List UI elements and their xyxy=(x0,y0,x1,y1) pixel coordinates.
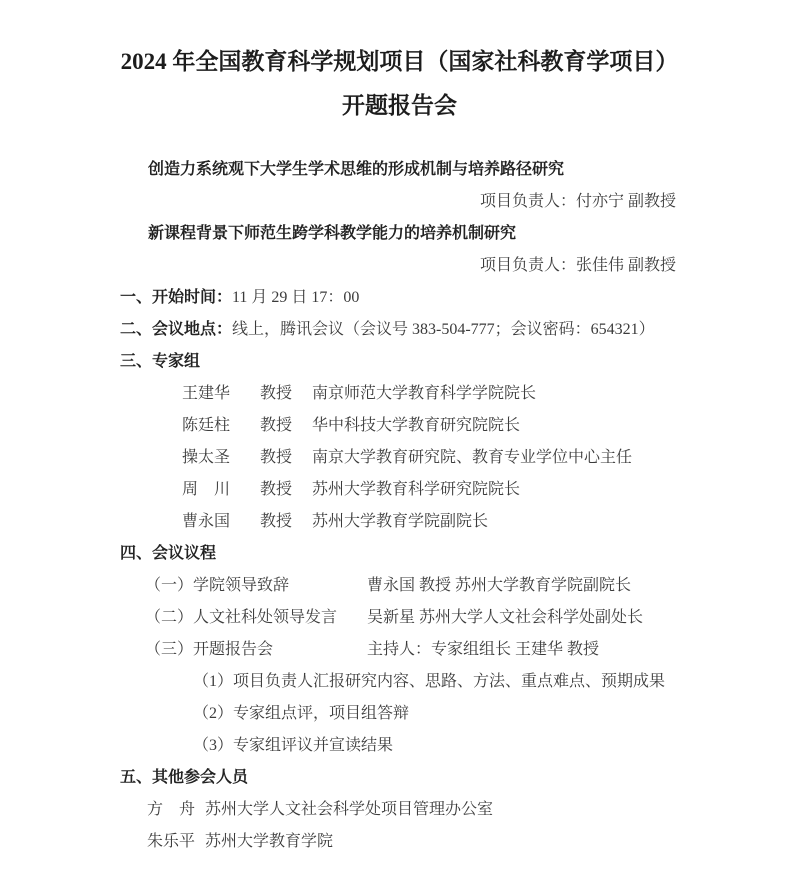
doc-title-line2: 开题报告会 xyxy=(0,84,799,128)
expert-name: 曹永国 xyxy=(182,506,230,538)
participant-affiliation: 苏州大学人文社会科学处项目管理办公室 xyxy=(205,794,493,826)
expert-affiliation: 苏州大学教育科学研究院院长 xyxy=(312,474,520,506)
section-agenda-heading: 四、会议议程 xyxy=(0,538,799,570)
document-page: 2024 年全国教育科学规划项目（国家社科教育学项目） 开题报告会 创造力系统观… xyxy=(0,0,799,871)
start-time-label: 一、开始时间： xyxy=(120,289,232,306)
agenda-item-detail: 主持人：专家组组长 王建华 教授 xyxy=(367,634,599,666)
agenda-sub-item: （2）专家组点评，项目组答辩 xyxy=(0,698,799,730)
expert-name: 操太圣 xyxy=(182,442,230,474)
project-pi-line: 项目负责人：付亦宁 副教授 xyxy=(0,186,799,218)
section-experts-heading: 三、专家组 xyxy=(0,346,799,378)
expert-affiliation: 苏州大学教育学院副院长 xyxy=(312,506,488,538)
section-location: 二、会议地点：线上，腾讯会议（会议号 383-504-777；会议密码：6543… xyxy=(0,314,799,346)
agenda-heading: 四、会议议程 xyxy=(120,545,216,562)
agenda-item-label: （二）人文社科处领导发言 xyxy=(145,602,367,634)
doc-title: 2024 年全国教育科学规划项目（国家社科教育学项目） 开题报告会 xyxy=(0,0,799,128)
agenda-row: （二）人文社科处领导发言 吴新星 苏州大学人文社会科学处副处长 xyxy=(0,602,799,634)
doc-title-line1: 2024 年全国教育科学规划项目（国家社科教育学项目） xyxy=(0,40,799,84)
participant-affiliation: 苏州大学教育学院 xyxy=(205,826,333,858)
expert-name: 陈廷柱 xyxy=(182,410,230,442)
doc-body: 创造力系统观下大学生学术思维的形成机制与培养路径研究 项目负责人：付亦宁 副教授… xyxy=(0,154,799,858)
project-pi-line: 项目负责人：张佳伟 副教授 xyxy=(0,250,799,282)
participant-name: 朱乐平 xyxy=(147,826,205,858)
agenda-item-detail: 吴新星 苏州大学人文社会科学处副处长 xyxy=(367,602,643,634)
participant-row: 朱乐平 苏州大学教育学院 xyxy=(0,826,799,858)
location-value: 线上，腾讯会议（会议号 383-504-777；会议密码：654321） xyxy=(232,321,655,338)
expert-row: 曹永国 教授 苏州大学教育学院副院长 xyxy=(0,506,799,538)
expert-title: 教授 xyxy=(260,474,312,506)
start-time-value: 11 月 29 日 17：00 xyxy=(232,289,359,306)
agenda-item-label: （一）学院领导致辞 xyxy=(145,570,367,602)
expert-affiliation: 华中科技大学教育研究院院长 xyxy=(312,410,520,442)
agenda-item-detail: 曹永国 教授 苏州大学教育学院副院长 xyxy=(367,570,631,602)
expert-title: 教授 xyxy=(260,378,312,410)
section-others-heading: 五、其他参会人员 xyxy=(0,762,799,794)
expert-title: 教授 xyxy=(260,410,312,442)
agenda-sub-item: （3）专家组评议并宣读结果 xyxy=(0,730,799,762)
expert-row: 操太圣 教授 南京大学教育研究院、教育专业学位中心主任 xyxy=(0,442,799,474)
experts-heading: 三、专家组 xyxy=(120,353,200,370)
expert-title: 教授 xyxy=(260,442,312,474)
project-title: 新课程背景下师范生跨学科教学能力的培养机制研究 xyxy=(0,218,799,250)
location-label: 二、会议地点： xyxy=(120,321,232,338)
participant-name: 方 舟 xyxy=(147,794,205,826)
expert-affiliation: 南京大学教育研究院、教育专业学位中心主任 xyxy=(312,442,632,474)
agenda-row: （一）学院领导致辞 曹永国 教授 苏州大学教育学院副院长 xyxy=(0,570,799,602)
others-heading: 五、其他参会人员 xyxy=(120,769,248,786)
participant-row: 方 舟 苏州大学人文社会科学处项目管理办公室 xyxy=(0,794,799,826)
expert-name: 王建华 xyxy=(182,378,230,410)
agenda-sub-item: （1）项目负责人汇报研究内容、思路、方法、重点难点、预期成果 xyxy=(0,666,799,698)
expert-title: 教授 xyxy=(260,506,312,538)
project-title: 创造力系统观下大学生学术思维的形成机制与培养路径研究 xyxy=(0,154,799,186)
expert-row: 陈廷柱 教授 华中科技大学教育研究院院长 xyxy=(0,410,799,442)
expert-row: 周 川 教授 苏州大学教育科学研究院院长 xyxy=(0,474,799,506)
expert-name: 周 川 xyxy=(182,474,230,506)
section-start-time: 一、开始时间：11 月 29 日 17：00 xyxy=(0,282,799,314)
agenda-item-label: （三）开题报告会 xyxy=(145,634,367,666)
expert-affiliation: 南京师范大学教育科学学院院长 xyxy=(312,378,536,410)
expert-row: 王建华 教授 南京师范大学教育科学学院院长 xyxy=(0,378,799,410)
agenda-row: （三）开题报告会 主持人：专家组组长 王建华 教授 xyxy=(0,634,799,666)
